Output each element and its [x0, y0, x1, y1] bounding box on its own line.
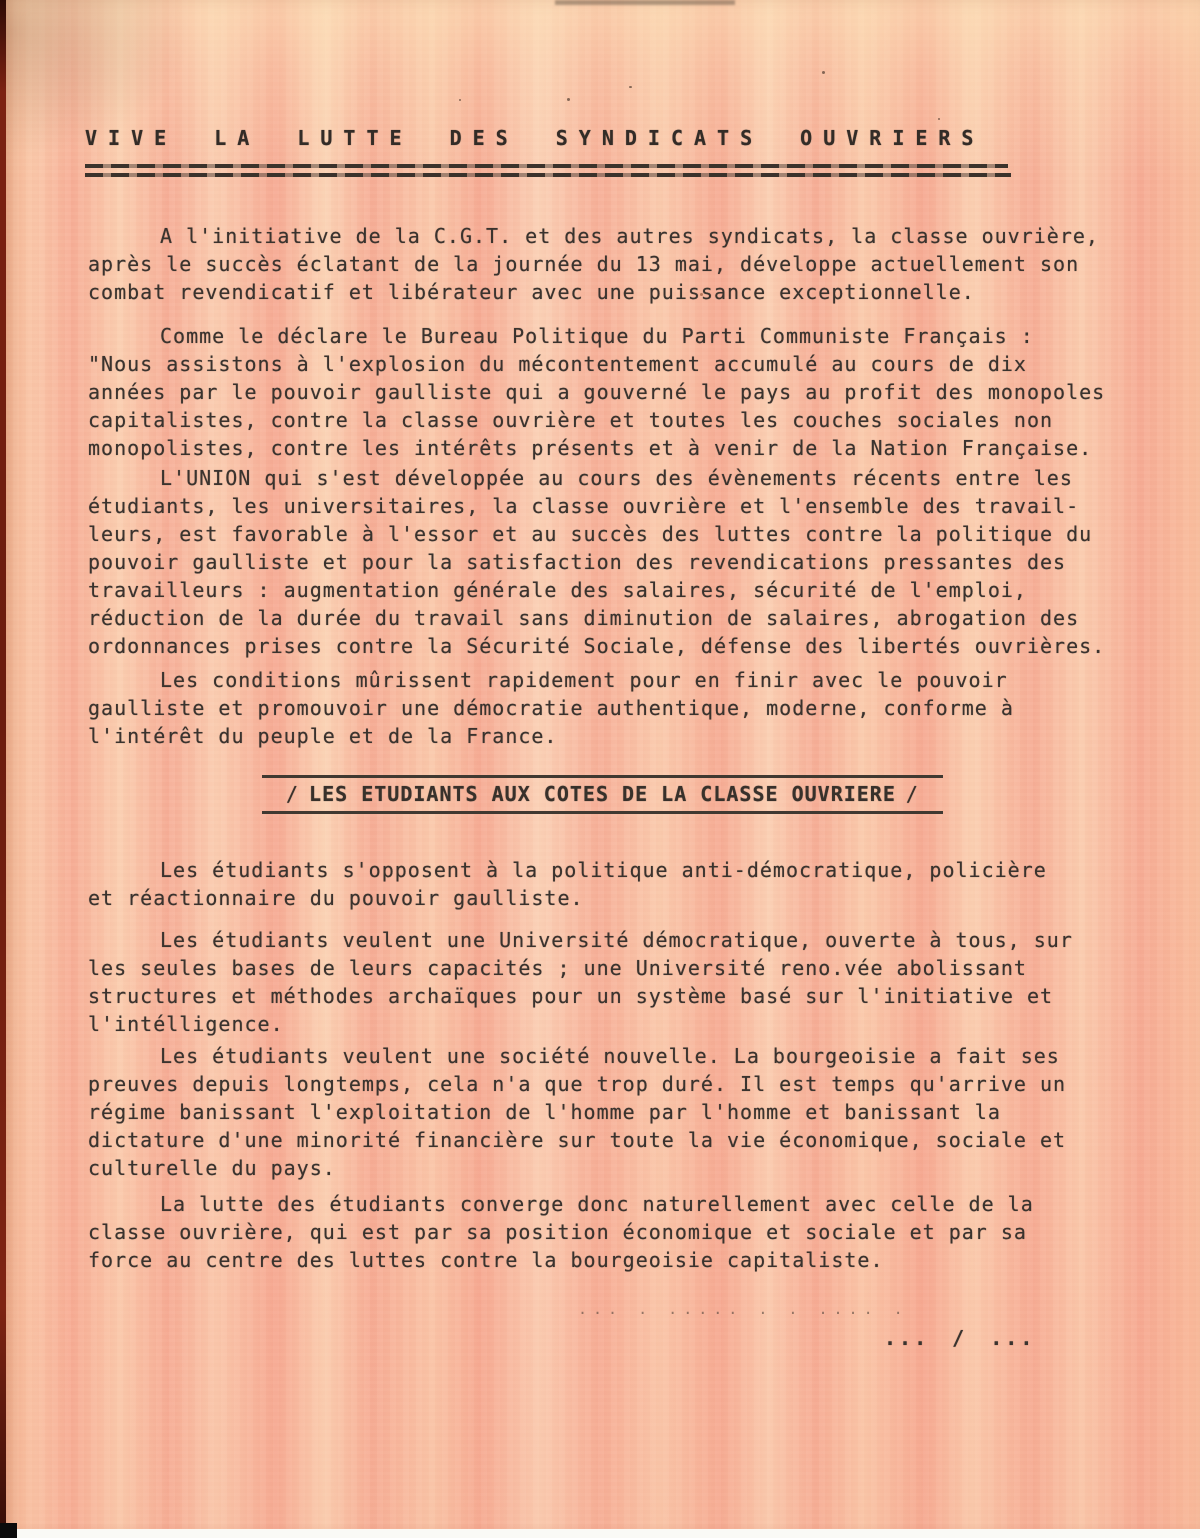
ink-speck [567, 98, 570, 101]
ink-speck [938, 118, 940, 120]
section-heading: LES ETUDIANTS AUX COTES DE LA CLASSE OUV… [309, 782, 896, 806]
ink-speck [459, 99, 461, 101]
ink-speck [629, 86, 632, 88]
paragraph-union: L'UNION qui s'est développée au cours de… [88, 464, 1148, 660]
scan-edge-bottom [0, 1529, 1200, 1538]
paragraph-universite: Les étudiants veulent une Université dém… [88, 926, 1148, 1038]
paragraph-initiative-cgt: A l'initiative de la C.G.T. et des autre… [88, 222, 1148, 306]
paragraph-etudiants-opposent: Les étudiants s'opposent à la politique … [88, 856, 1148, 912]
scan-edge-left [0, 0, 6, 1538]
continuation-mark: ... / ... [884, 1326, 1035, 1350]
paragraph-conditions: Les conditions mûrissent rapidement pour… [88, 666, 1148, 750]
paragraph-bureau-politique: Comme le déclare le Bureau Politique du … [88, 322, 1148, 462]
slash-decoration-left: / [276, 782, 309, 806]
ink-speck [700, 293, 703, 296]
title-underline-bottom [85, 173, 1011, 177]
section-heading-box: /LES ETUDIANTS AUX COTES DE LA CLASSE OU… [262, 775, 943, 814]
page-title: VIVE LA LUTTE DES SYNDICATS OUVRIERS [85, 126, 984, 150]
paragraph-lutte-converge: La lutte des étudiants converge donc nat… [88, 1190, 1148, 1274]
ink-speck [822, 71, 825, 74]
paragraph-societe-nouvelle: Les étudiants veulent une société nouvel… [88, 1042, 1148, 1182]
faint-dots-row: ... . ..... . . .... . [578, 1300, 1008, 1318]
slash-decoration-right: / [896, 782, 929, 806]
title-underline-top [85, 164, 1008, 168]
scanned-leaflet-page: VIVE LA LUTTE DES SYNDICATS OUVRIERS A l… [0, 0, 1200, 1538]
scan-corner-bottom-left [0, 1523, 17, 1538]
scan-edge-top-smudge [555, 0, 735, 5]
